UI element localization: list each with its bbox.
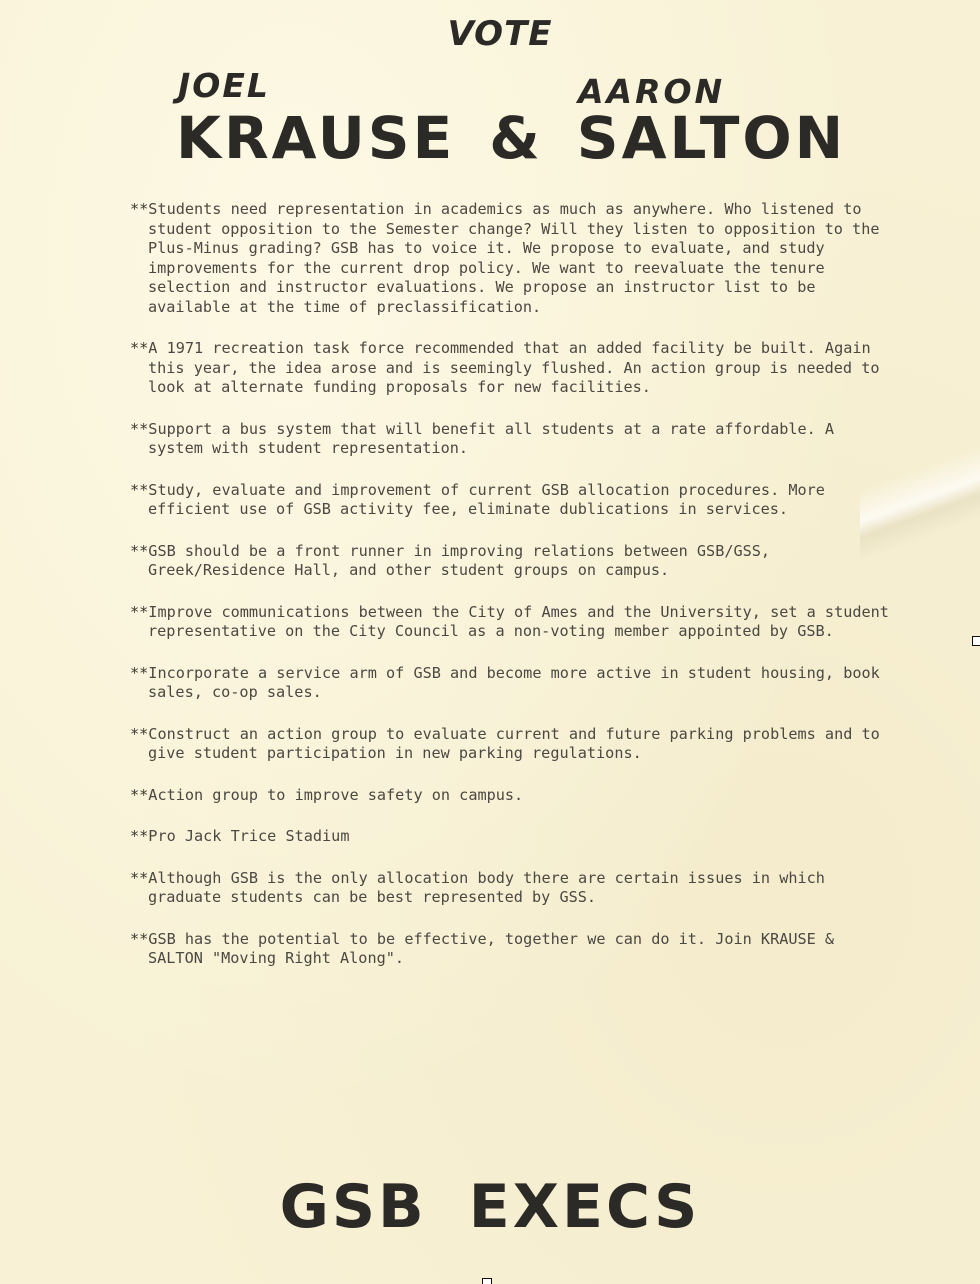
scan-marker-bottom <box>482 1278 492 1284</box>
platform-item: **A 1971 recreation task force recommend… <box>130 339 890 398</box>
bullet-stars: ** <box>130 200 148 218</box>
platform-item: **GSB has the potential to be effective,… <box>130 930 890 969</box>
bullet-stars: ** <box>130 542 148 560</box>
bullet-stars: ** <box>130 930 148 948</box>
scan-marker-right <box>972 636 980 646</box>
footer-gsb: GSB <box>280 1172 427 1242</box>
bullet-stars: ** <box>130 786 148 804</box>
bullet-stars: ** <box>130 339 148 357</box>
platform-item-text: Students need representation in academic… <box>148 200 889 316</box>
footer-execs: EXECS <box>469 1172 701 1242</box>
candidate1-first-name: JOEL <box>178 66 270 105</box>
bullet-stars: ** <box>130 481 148 499</box>
vote-heading: VOTE <box>0 14 980 54</box>
platform-item: **Although GSB is the only allocation bo… <box>130 869 890 908</box>
bullet-stars: ** <box>130 725 148 743</box>
platform-item: **Incorporate a service arm of GSB and b… <box>130 664 890 703</box>
platform-item-text: Construct an action group to evaluate cu… <box>148 725 889 763</box>
platform-item: **Pro Jack Trice Stadium <box>130 827 890 847</box>
platform-item-text: GSB should be a front runner in improvin… <box>148 542 779 580</box>
bullet-stars: ** <box>130 664 148 682</box>
platform-item: **Study, evaluate and improvement of cur… <box>130 481 890 520</box>
candidate-last-names: KRAUSE&SALTON <box>176 104 846 172</box>
platform-item-text: Incorporate a service arm of GSB and bec… <box>148 664 889 702</box>
bullet-stars: ** <box>130 420 148 438</box>
platform-item-text: A 1971 recreation task force recommended… <box>148 339 889 396</box>
platform-item: **Construct an action group to evaluate … <box>130 725 890 764</box>
bullet-stars: ** <box>130 603 148 621</box>
platform-item-text: Although GSB is the only allocation body… <box>148 869 834 907</box>
candidate2-last-name: SALTON <box>577 104 846 172</box>
ampersand: & <box>489 104 543 172</box>
platform-item: **Improve communications between the Cit… <box>130 603 890 642</box>
platform-item-text: Action group to improve safety on campus… <box>148 786 523 804</box>
platform-item-text: Support a bus system that will benefit a… <box>148 420 843 458</box>
platform-list: **Students need representation in academ… <box>130 200 890 991</box>
platform-item-text: Study, evaluate and improvement of curre… <box>148 481 834 519</box>
platform-item: **Action group to improve safety on camp… <box>130 786 890 806</box>
platform-item-text: GSB has the potential to be effective, t… <box>148 930 843 968</box>
bullet-stars: ** <box>130 827 148 845</box>
bullet-stars: ** <box>130 869 148 887</box>
candidate1-last-name: KRAUSE <box>176 104 455 172</box>
footer-title: GSBEXECS <box>0 1172 980 1242</box>
platform-item: **Support a bus system that will benefit… <box>130 420 890 459</box>
platform-item-text: Pro Jack Trice Stadium <box>148 827 349 845</box>
platform-item: **GSB should be a front runner in improv… <box>130 542 890 581</box>
platform-item: **Students need representation in academ… <box>130 200 890 317</box>
platform-item-text: Improve communications between the City … <box>148 603 898 641</box>
